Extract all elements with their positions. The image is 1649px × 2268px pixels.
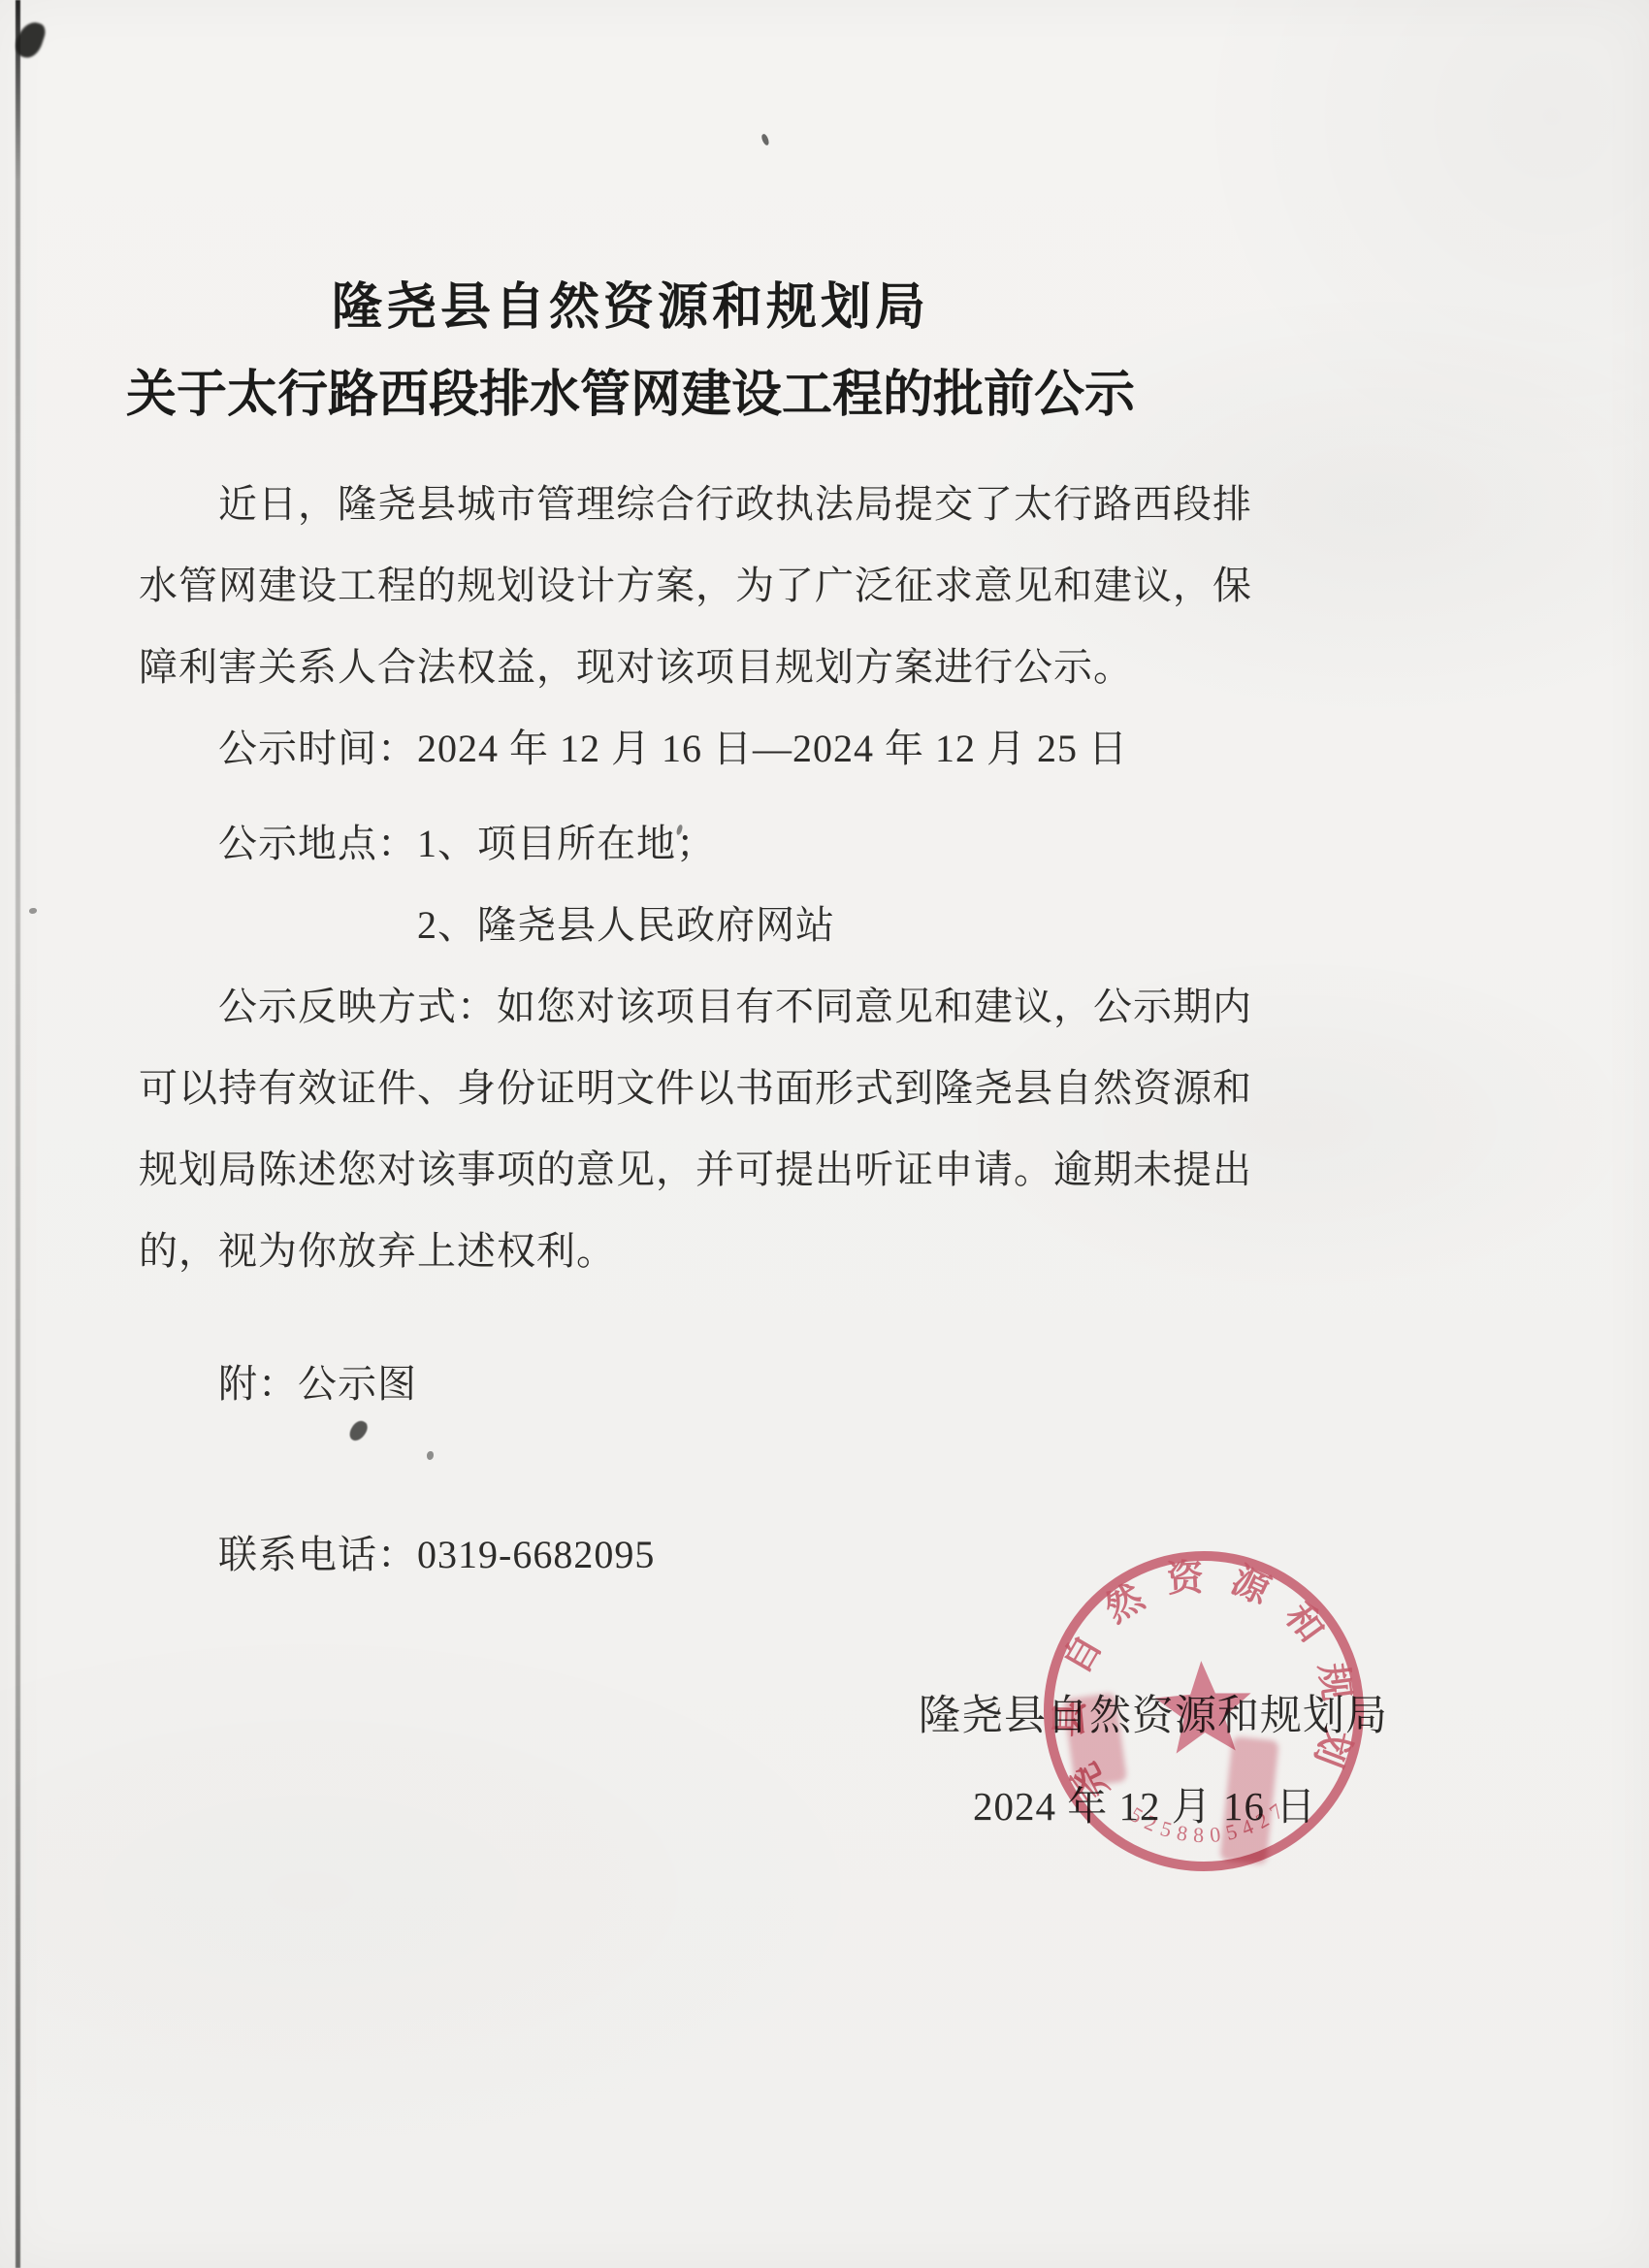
body-line: 水管网建设工程的规划设计方案，为了广泛征求意见和建议，保 (139, 545, 1361, 627)
title-line-1: 隆尧县自然资源和规划局 (87, 277, 1174, 340)
feedback-line: 规划局陈述您对该事项的意见，并可提出听证申请。逾期未提出 (139, 1129, 1361, 1211)
publicity-location-line-2: 2、隆尧县人民政府网站 (139, 885, 1361, 966)
publicity-time-line: 公示时间：2024 年 12 月 16 日—2024 年 12 月 25 日 (139, 708, 1361, 790)
scan-edge-left (16, 0, 20, 2268)
scanned-notice-page: { "title": { "line1": "隆尧县自然资源和规划局", "li… (0, 0, 1649, 2268)
seal-star-icon (1153, 1658, 1254, 1754)
svg-text:5258805427: 5258805427 (1124, 1794, 1295, 1851)
feedback-line: 公示反映方式：如您对该项目有不同意见和建议，公示期内 (139, 966, 1361, 1048)
attachment-line: 附：公示图 (139, 1344, 1361, 1425)
feedback-line: 的，视为你放弃上述权利。 (139, 1211, 1361, 1292)
document-title: 隆尧县自然资源和规划局 关于太行路西段排水管网建设工程的批前公示 (87, 277, 1174, 427)
official-seal: 隆尧县自然资源和规划局 5258805427 (1030, 1538, 1376, 1884)
publicity-location-line-1: 公示地点：1、项目所在地； (139, 803, 1361, 885)
document-body: 近日，隆尧县城市管理综合行政执法局提交了太行路西段排 水管网建设工程的规划设计方… (139, 464, 1361, 1596)
seal-number-text: 5258805427 (1124, 1794, 1295, 1851)
title-line-2: 关于太行路西段排水管网建设工程的批前公示 (87, 365, 1174, 427)
body-line: 近日，隆尧县城市管理综合行政执法局提交了太行路西段排 (139, 464, 1361, 545)
body-line: 障利害关系人合法权益，现对该项目规划方案进行公示。 (139, 627, 1361, 708)
feedback-line: 可以持有效证件、身份证明文件以书面形式到隆尧县自然资源和 (139, 1048, 1361, 1129)
